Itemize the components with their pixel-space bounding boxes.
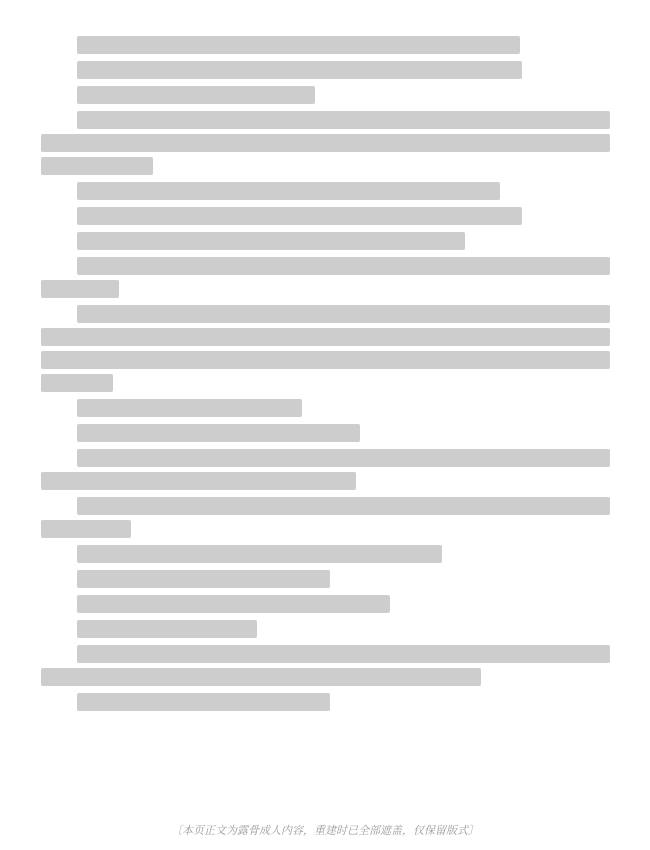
redacted-text-line — [77, 570, 330, 588]
paragraph-11-dialogue — [41, 424, 610, 442]
paragraph-container — [41, 36, 610, 711]
redacted-text-line — [77, 111, 610, 129]
redacted-text-line — [41, 134, 610, 152]
redaction-notice: 〔本页正文为露骨成人内容，重建时已全部遮盖，仅保留版式〕 — [0, 822, 650, 838]
redacted-text-line — [77, 257, 610, 275]
paragraph-3-dialogue — [41, 86, 610, 104]
redacted-text-line — [41, 374, 113, 392]
redacted-text-line — [77, 86, 315, 104]
redacted-text-line — [77, 399, 302, 417]
redacted-text-line — [77, 424, 360, 442]
paragraph-13-narration — [41, 497, 610, 538]
redacted-text-line — [77, 36, 520, 54]
redacted-text-line — [41, 668, 481, 686]
redacted-text-line — [77, 693, 330, 711]
redacted-text-line — [77, 449, 610, 467]
redacted-text-line — [41, 520, 131, 538]
redacted-text-line — [77, 620, 257, 638]
paragraph-1-narration — [41, 36, 610, 54]
redacted-text-line — [41, 328, 610, 346]
redacted-text-line — [77, 645, 610, 663]
paragraph-7-narration — [41, 232, 610, 250]
redacted-text-line — [77, 232, 465, 250]
paragraph-2-dialogue — [41, 61, 610, 79]
paragraph-18-narration — [41, 645, 610, 686]
redacted-text-line — [41, 157, 153, 175]
paragraph-8-dialogue — [41, 257, 610, 298]
paragraph-12-dialogue — [41, 449, 610, 490]
paragraph-6-dialogue — [41, 207, 610, 225]
paragraph-17-dialogue — [41, 620, 610, 638]
paragraph-10-dialogue — [41, 399, 610, 417]
redacted-text-line — [41, 280, 119, 298]
redacted-text-line — [77, 182, 500, 200]
redacted-text-line — [77, 207, 522, 225]
redacted-text-line — [41, 472, 356, 490]
paragraph-15-dialogue — [41, 570, 610, 588]
redacted-text-line — [77, 545, 442, 563]
paragraph-14-dialogue — [41, 545, 610, 563]
paragraph-5-dialogue — [41, 182, 610, 200]
text-page: 〔本页正文为露骨成人内容，重建时已全部遮盖，仅保留版式〕 — [0, 0, 650, 850]
redacted-text-line — [41, 351, 610, 369]
redacted-text-line — [77, 305, 610, 323]
paragraph-4-narration — [41, 111, 610, 175]
redacted-text-line — [77, 61, 522, 79]
paragraph-9-narration — [41, 305, 610, 392]
redacted-text-line — [77, 595, 390, 613]
paragraph-19-thought — [41, 693, 610, 711]
paragraph-16-narration — [41, 595, 610, 613]
redacted-text-line — [77, 497, 610, 515]
